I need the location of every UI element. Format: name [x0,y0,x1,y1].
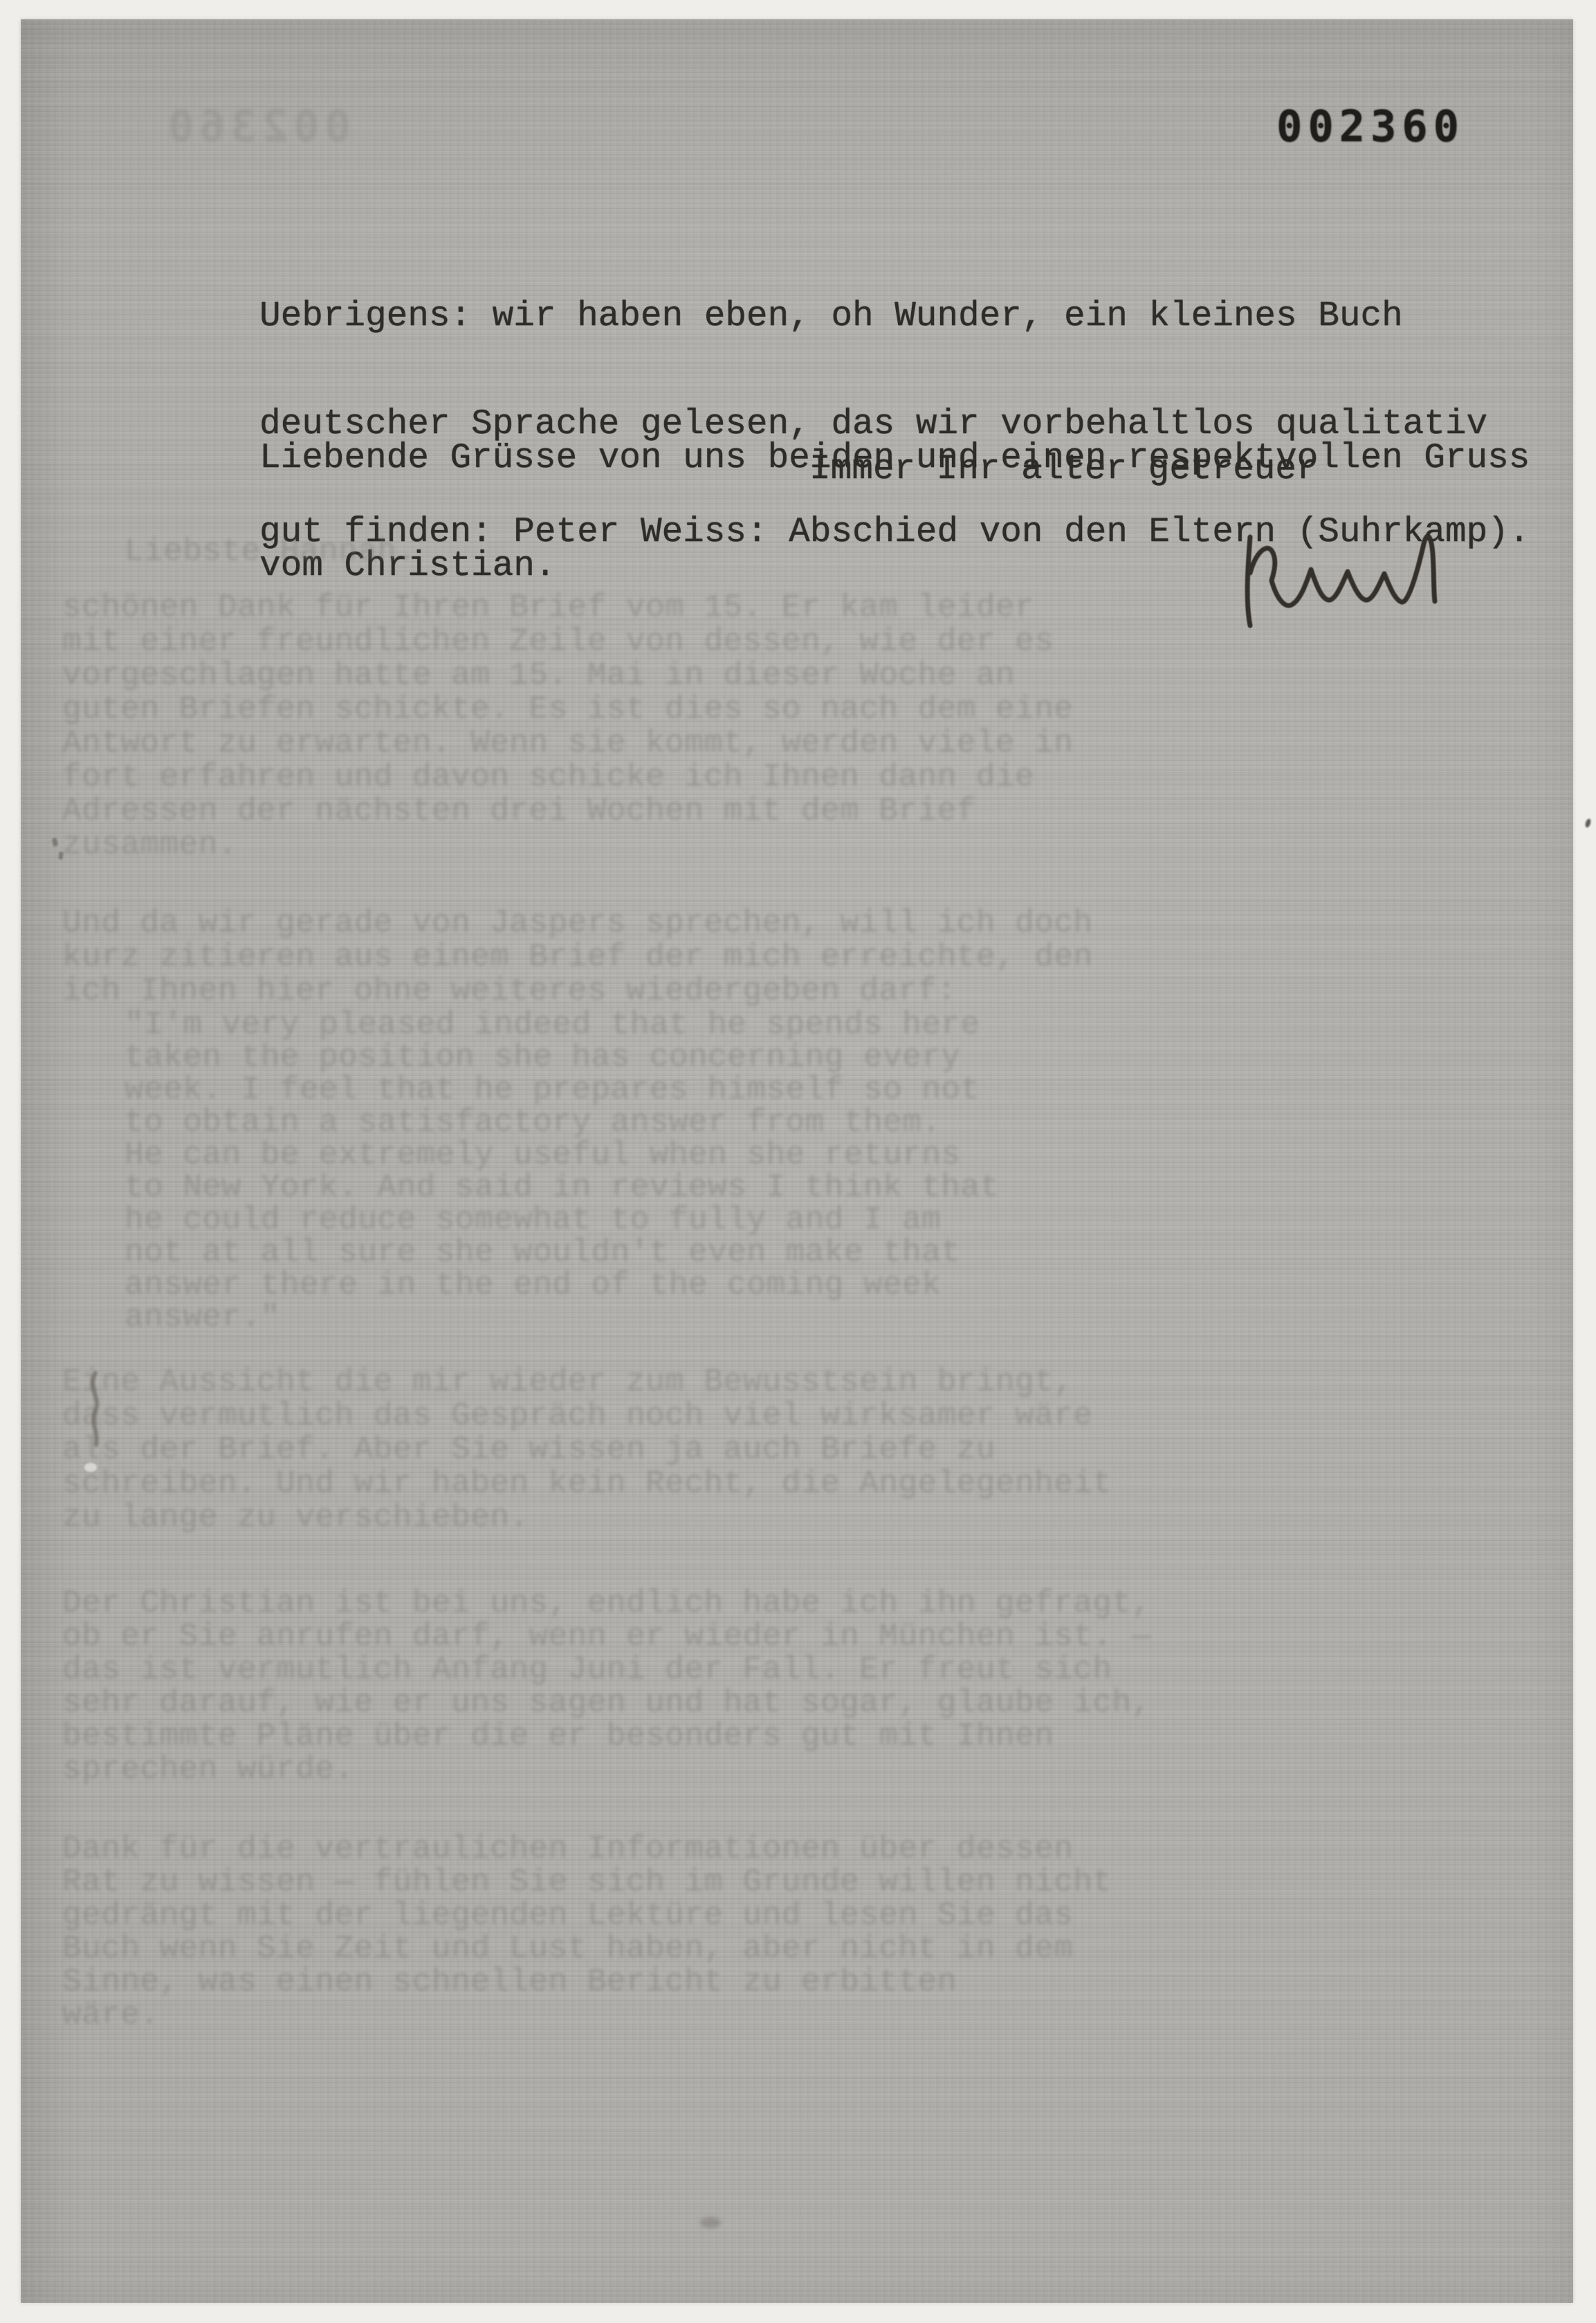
bleedthrough-line: sehr darauf, wie er uns sagen und hat so… [62,1686,1151,1720]
bleedthrough-line: guten Briefen schickte. Es ist dies so n… [62,693,1073,727]
bleedthrough-line: mit einer freundlichen Zeile von dessen,… [62,625,1073,659]
bleedthrough-line: Der Christian ist bei uns, endlich habe … [62,1587,1151,1620]
bleedthrough-line: schönen Dank für Ihren Brief vom 15. Er … [62,591,1073,625]
bleedthrough-line: Sinne, was einen schnellen Bericht zu er… [62,1965,1112,1998]
bleedthrough-line: week. I feel that he prepares himself so… [125,1074,1000,1106]
bleedthrough-line: wäre. [62,1998,1112,2032]
ink-speck [1584,818,1592,828]
bleedthrough-line: bestimmte Pläne über die er besonders gu… [62,1720,1151,1753]
bleedthrough-line: ich Ihnen hier ohne weiteres wiedergeben… [62,974,1093,1008]
bleedthrough-line: sprechen würde. [62,1753,1151,1786]
bleedthrough-line: dass vermutlich das Gespräch noch viel w… [62,1399,1112,1433]
bleedthrough-line: schreiben. Und wir haben kein Recht, die… [62,1467,1112,1501]
bleedthrough-line: zu lange zu verschieben. [62,1501,1112,1535]
bleedthrough-line: als der Brief. Aber Sie wissen ja auch B… [62,1433,1112,1467]
bleedthrough-line: vorgeschlagen hatte am 15. Mai in dieser… [62,659,1073,693]
margin-pencil-squiggle [84,1367,112,1457]
bleedthrough-line: Buch wenn Sie Zeit und Lust haben, aber … [62,1932,1112,1965]
handwritten-signature [1219,495,1489,637]
bleedthrough-line: Dank für die vertraulichen Informationen… [62,1832,1112,1866]
bleedthrough-text-block: Der Christian ist bei uns, endlich habe … [62,1587,1151,1786]
bleedthrough-line: he could reduce somewhat to fully and I … [125,1204,1000,1237]
letter-paper: 002360 002360 Uebrigens: wir haben eben,… [21,19,1573,2303]
bleedthrough-text-block: schönen Dank für Ihren Brief vom 15. Er … [62,591,1073,862]
archive-stamp-number: 002360 [1276,101,1465,152]
bleedthrough-line: to obtain a satisfactory answer from the… [125,1106,1000,1139]
typed-line: Uebrigens: wir haben eben, oh Wunder, ei… [259,299,1530,335]
bleedthrough-line: answer there in the end of the coming we… [125,1269,1000,1302]
bleedthrough-line: ob er Sie anrufen darf, wenn er wieder i… [62,1620,1151,1653]
bleedthrough-text-block: Und da wir gerade von Jaspers sprechen, … [62,907,1093,1008]
margin-marks [53,838,66,863]
bleedthrough-line: taken the position she has concerning ev… [125,1041,1000,1074]
bleedthrough-line: das ist vermutlich Anfang Juni der Fall.… [62,1653,1151,1686]
bleedthrough-line: "I'm very pleased indeed that he spends … [125,1009,1000,1041]
bleedthrough-line: Antwort zu erwarten. Wenn sie kommt, wer… [62,727,1073,760]
bleedthrough-line: zusammen. [62,828,1073,862]
bleedthrough-line: Eine Aussicht die mir wieder zum Bewusst… [62,1365,1112,1399]
bleedthrough-line: not at all sure she wouldn't even make t… [125,1237,1000,1269]
bleedthrough-archive-stamp: 002360 [163,101,351,152]
scanned-letter-page: 002360 002360 Uebrigens: wir haben eben,… [0,0,1596,2323]
bleedthrough-text-block: Dank für die vertraulichen Informationen… [62,1832,1112,2032]
bleedthrough-line: gedrängt mit der liegenden Lektüre und l… [62,1899,1112,1932]
bleedthrough-line: kurz zitieren aus einem Brief der mich e… [62,940,1093,974]
paper-flaw-speck [84,1463,97,1472]
bleedthrough-quote-block: "I'm very pleased indeed that he spends … [125,1009,1000,1334]
bleedthrough-line: Und da wir gerade von Jaspers sprechen, … [62,907,1093,940]
bottom-smudge [700,2217,721,2228]
bleedthrough-line: to New York. And said in reviews I think… [125,1172,1000,1204]
bleedthrough-line: Adressen der nächsten drei Wochen mit de… [62,794,1073,828]
bleedthrough-line: answer." [125,1302,1000,1334]
bleedthrough-salutation: Liebste Hannah. [125,535,416,569]
signoff-line: Immer Ihr alter getreuer [809,452,1318,488]
bleedthrough-line: fort erfahren und davon schicke ich Ihne… [62,760,1073,794]
bleedthrough-line: He can be extremely useful when she retu… [125,1139,1000,1172]
bleedthrough-text-block: Eine Aussicht die mir wieder zum Bewusst… [62,1365,1112,1535]
bleedthrough-line: Rat zu wissen — fühlen Sie sich im Grund… [62,1866,1112,1899]
